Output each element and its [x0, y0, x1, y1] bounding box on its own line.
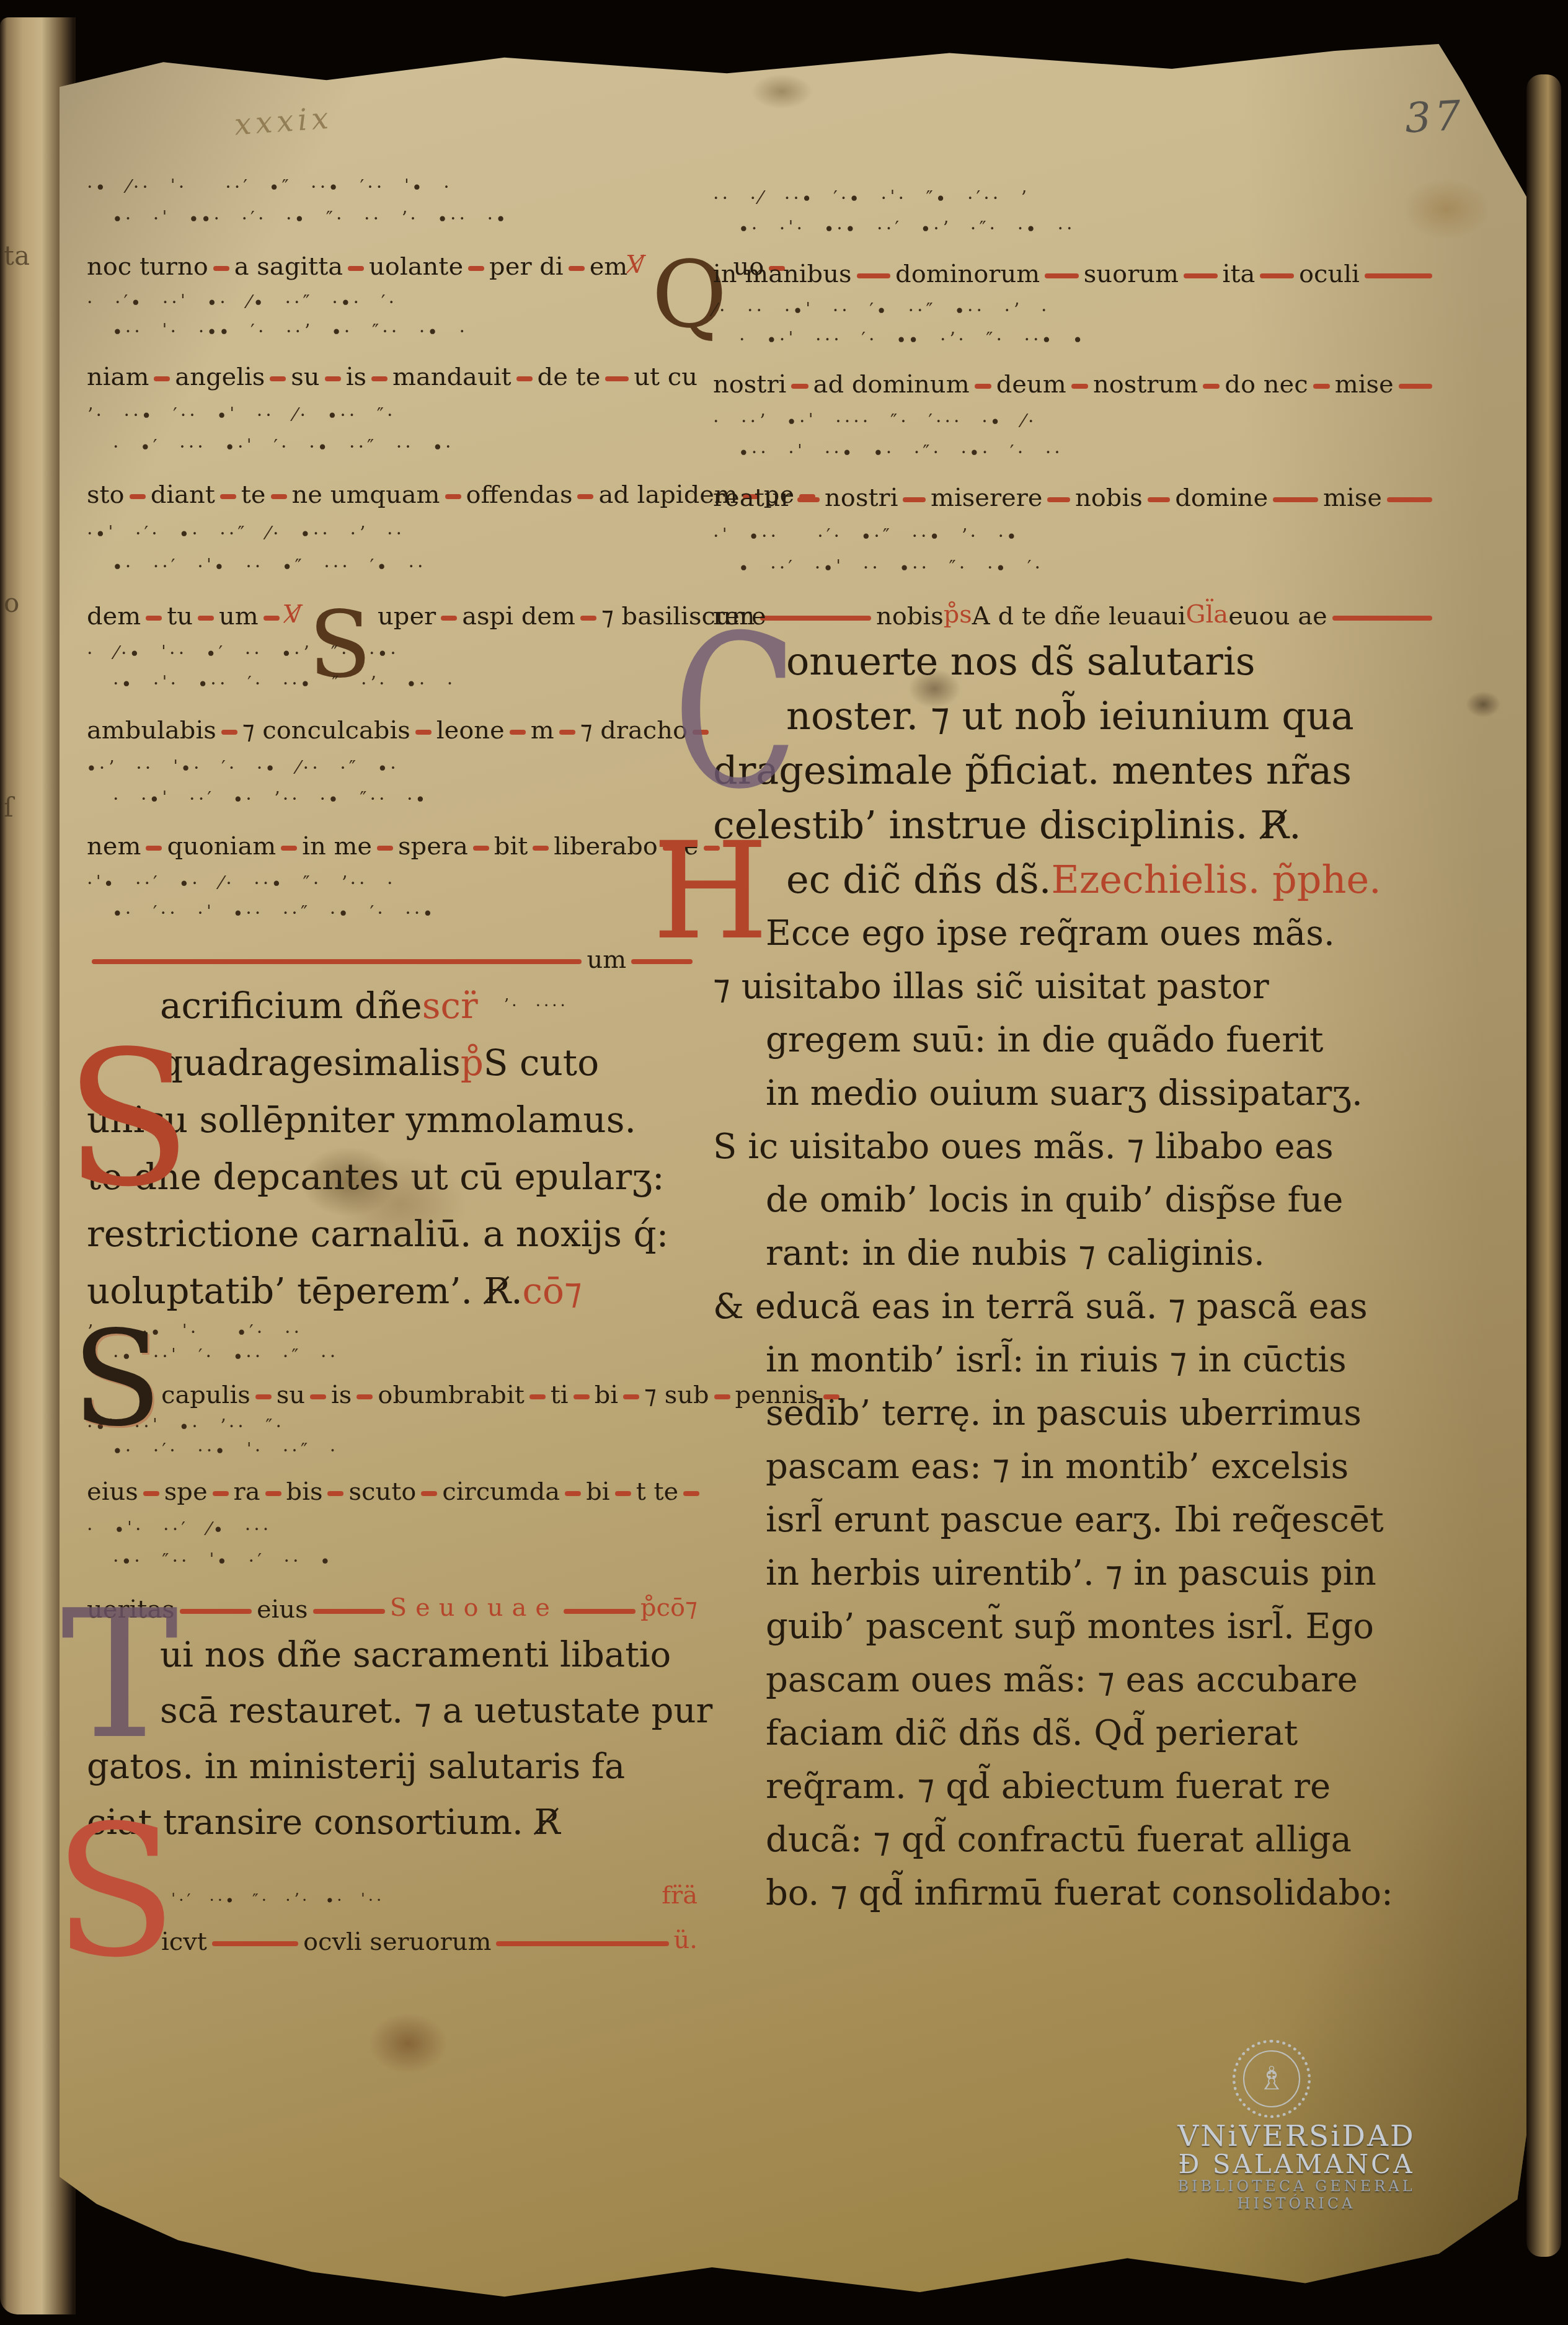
red-extender-line [605, 376, 629, 381]
neume-row: · ∙′ ··· ∙·ˈ ′· ·∙ ··″ ·· ∙· [113, 436, 698, 458]
manuscript-text: uper [378, 604, 436, 629]
manuscript-text: rant: in die nubis ⁊ caliginis. [766, 1233, 1265, 1273]
manuscript-text: S ic uisitabo oues mãs. ⁊ libabo eas [713, 1127, 1334, 1167]
watermark-university-name: VNiVERSiDAD [1132, 2119, 1461, 2153]
manuscript-text: ⁊ uisitabo illas sic̃ uisitat pastor [713, 967, 1269, 1007]
red-extender-line [473, 846, 489, 851]
prose-text-line: ducã: ⁊ qd̃ confractū fuerat alliga [713, 1813, 1437, 1866]
manuscript-text: aspi dem [462, 604, 575, 629]
manuscript-text: ad dominum [813, 372, 970, 397]
red-extender-line [1387, 497, 1432, 502]
manuscript-text: ui nos dñe sacramenti libatio [160, 1635, 671, 1675]
manuscript-text: pascam eas: ⁊ in montib’ excelsis [766, 1446, 1349, 1487]
neume-marks: ˈ·′ ··∙ ″· ·ʼ· ∙· ˈ·· [171, 1891, 652, 1910]
manuscript-text: de te [538, 365, 601, 389]
manuscript-text: ⁊ conculcabis [242, 718, 410, 743]
prose-text-line: Ecce ego ipse req̃ram oues mãs. [713, 906, 1437, 960]
neume-staff: · ⁄·∙ ˈ·· ∙′ ·· ∙·ʼ ″· ·∙··∙ ·ˈ· ∙·· ′· … [87, 634, 698, 703]
red-extender-line [377, 846, 393, 851]
manuscript-text: ita [1223, 262, 1256, 286]
manuscript-text: scā restauret. ⁊ a uetustate pur [160, 1691, 712, 1731]
red-extender-line [565, 1491, 581, 1496]
manuscript-text: in manibus [713, 262, 852, 286]
manuscript-text: su [277, 1383, 305, 1407]
neume-row: · ∙ˈ· ··′ ⁄∙ ··· [87, 1518, 698, 1540]
manuscript-text: ducã: ⁊ qd̃ confractū fuerat alliga [766, 1820, 1352, 1860]
prose-text-line: in montib’ isrl̃: in riuis ⁊ in cūctis [713, 1333, 1437, 1386]
red-extender-line [198, 616, 214, 621]
prose-text-line: pascam oues mãs: ⁊ eas accubare [713, 1653, 1437, 1706]
red-extender-line [180, 1609, 252, 1614]
manuscript-text: guib’ pascent̃ sup̃ montes isrl̃. Ego [766, 1606, 1374, 1647]
prose-text-line: onuerte nos ds̃ salutaris [713, 634, 1437, 688]
prose-text-line: in herbis uirentib’. ⁊ in pascuis pin [713, 1546, 1437, 1600]
chant-text-line: niamangelissuismandauitde teut cu [87, 350, 698, 394]
chant-text-line: noc turnoa sagittauolanteper diemV̸Quo [87, 239, 698, 284]
manuscript-text: faciam dic̃ dñs ds̃. Qd̃ perierat [766, 1713, 1298, 1753]
manuscript-text: nostri [825, 485, 898, 510]
red-extender-line [221, 730, 237, 735]
chant-text-line: nostriad dominumdeumnostrumdo necmise [713, 358, 1437, 402]
red-extender-line [154, 376, 170, 381]
manuscript-text: isrl̃ erunt pascue earʒ. Ibi req̃escēt [766, 1500, 1384, 1540]
neume-staff: ·ˈ∙ ··′ ∙· ⁄· ··∙ ″· ʼ·· ·∙· ′·· ·ˈ ∙·· … [87, 864, 698, 932]
manuscript-text: te [241, 482, 266, 507]
neume-staff: ⁄· ·· ·∙ˈ ·· ′∙ ··″ ∙·· ·ʼ ·· ∙·ˈ ··· ′·… [713, 291, 1437, 358]
manuscript-text: domine [1175, 485, 1268, 510]
neume-row: ʼ· ··∙ ′·· ∙ˈ ·· ⁄· ∙·· ″· [87, 404, 698, 426]
red-extender-line [271, 494, 287, 499]
red-extender-line [255, 1394, 272, 1399]
red-extender-line [92, 959, 582, 964]
neume-row: ∙ ··′ ·∙ˈ ·· ∙·· ″· ·∙ ′· [739, 557, 1437, 578]
chant-text-line: eiussperabisscutocircumdabit te [87, 1464, 698, 1509]
red-extender-line [496, 1941, 668, 1946]
red-extender-line [270, 376, 286, 381]
neume-row: ∙· ·ˈ ∙∙· ·′· ·∙ ″· ·· ʼ· ∙·· ·∙ [113, 208, 698, 229]
prose-text-line: gregem suū: in die quãdo fuerit [713, 1013, 1437, 1066]
manuscript-text: pascam oues mãs: ⁊ eas accubare [766, 1660, 1358, 1700]
red-extender-line [797, 497, 820, 502]
manuscript-text: liberabo [554, 834, 658, 859]
red-extender-line [1071, 384, 1088, 389]
neume-row: ·∙· ″·· ˈ∙ ·′ ·· ∙ [113, 1550, 698, 1572]
red-extender-line [1332, 616, 1432, 621]
rubric-text: V̸ [627, 250, 645, 279]
manuscript-text: capulis [161, 1383, 250, 1407]
neume-row: ∙·· ·ˈ ··∙ ∙· ·″· ·∙· ′· ·· [739, 441, 1437, 463]
red-extender-line [445, 494, 461, 499]
red-extender-line [146, 616, 162, 621]
red-extender-line [468, 266, 484, 271]
manuscript-text: noc turno [87, 254, 208, 279]
gutter-text-scrap: ſ [4, 792, 14, 823]
prose-text-line: de omib’ locis in quib’ disp̃se fue [713, 1173, 1437, 1226]
prose-text-line: in medio ouium suarʒ dissipatarʒ. [713, 1066, 1437, 1120]
prose-text-line: req̃ram. ⁊ qd̃ abiectum fuerat re [713, 1760, 1437, 1813]
prose-text-line: bo. ⁊ qd̃ infirmū fuerat consolidabo: [713, 1866, 1437, 1920]
red-extender-line [623, 1394, 639, 1399]
manuscript-text: t te [636, 1479, 679, 1504]
rubric-text: Seuouae [390, 1593, 559, 1622]
rubric-text: p̊cō⁊ [640, 1593, 698, 1622]
prose-text-line: & educã eas in terrã suã. ⁊ pascã eas [713, 1280, 1437, 1333]
red-extender-line [529, 1394, 546, 1399]
prose-text-line: pascam eas: ⁊ in montib’ excelsis [713, 1440, 1437, 1493]
manuscript-text: is [331, 1383, 352, 1407]
manuscript-text: ut cu [634, 365, 698, 389]
red-extender-line [415, 730, 432, 735]
red-extender-line [146, 846, 162, 851]
neume-row: ⁄· ·· ·∙ˈ ·· ′∙ ··″ ∙·· ·ʼ · [713, 299, 1437, 321]
red-extender-line [1399, 384, 1432, 389]
manuscript-text: dominorum [895, 262, 1040, 286]
manuscript-text: quoniam [167, 834, 276, 859]
neume-row: ·∙ ⁄·· ˈ· ··′ ∙″ ··∙ ′·· ˈ∙ · [87, 176, 698, 198]
manuscript-text: spera [398, 834, 468, 859]
manuscript-text: deum [996, 372, 1066, 397]
manuscript-text: dem [87, 604, 141, 629]
red-extender-line [1260, 273, 1294, 278]
red-extender-line [213, 266, 229, 271]
manuscript-text: acrificium dñe [160, 985, 422, 1027]
manuscript-text: m [531, 718, 554, 743]
manuscript-text: nem [87, 834, 141, 859]
red-extender-line [264, 616, 280, 621]
manuscript-text: per di [489, 254, 564, 279]
manuscript-text: quadragesimalis [160, 1042, 461, 1084]
red-extender-line [1148, 497, 1171, 502]
red-extender-line [441, 616, 457, 621]
chant-text-line: demtuumV̸Superaspi dem⁊ basiliscum [87, 588, 698, 634]
chant-text-line: icvtocvli seruorumü. [87, 1915, 698, 1959]
gutter-text-scrap: o [4, 588, 19, 618]
manuscript-text: ⁊ sub [644, 1383, 709, 1407]
red-extender-line [580, 616, 596, 621]
red-extender-line [212, 1941, 298, 1946]
neume-staff: ∙·ʼ ·· ˈ∙· ′· ·∙ ⁄·· ·″ ∙·· ·∙ˈ ··′ ∙· ʼ… [87, 748, 698, 819]
illuminated-initial-s-sicut: S [53, 1801, 177, 1982]
neume-row: ∙·ʼ ·· ˈ∙· ′· ·∙ ⁄·· ·″ ∙· [87, 757, 698, 779]
prose-text-line: ⁊ uisitabo illas sic̃ uisitat pastor [713, 960, 1437, 1013]
illuminated-initial-t-tui: T [61, 1587, 179, 1764]
manuscript-text: leone [436, 718, 505, 743]
chant-text-line: nemquoniamin mesperabitliberaboe [87, 819, 698, 864]
manuscript-text: Ecce ego ipse req̃ram oues mãs. [766, 913, 1335, 954]
neume-staff: ʼ··· ·∙ ˈ· ∙′· ···∙ ··ˈ ′· ∙·· ·″ ·· [87, 1319, 698, 1369]
neume-row: ∙· ·ˈ· ∙·∙ ··′ ∙·ʼ ·″· ·∙ ·· [739, 218, 1437, 239]
red-extender-line [559, 730, 575, 735]
neume-row: ·ˈ∙ ··′ ∙· ⁄· ··∙ ″· ʼ·· · [87, 872, 698, 894]
chant-text-line: capulissuisobumbrabittibi⁊ subpennis [87, 1369, 698, 1412]
manuscript-text: ne umquam [292, 482, 440, 507]
manuscript-text: bi [595, 1383, 618, 1407]
manuscript-text: in me [302, 834, 372, 859]
manuscript-text: su [291, 365, 319, 389]
manuscript-text: ⁊ dracho [580, 718, 688, 743]
chant-text-line: um [87, 932, 698, 977]
manuscript-text: circumda [442, 1479, 560, 1504]
manuscript-text: reatur [713, 485, 792, 510]
red-extender-line [516, 376, 533, 381]
red-extender-line [533, 846, 549, 851]
manuscript-text: bo. ⁊ qd̃ infirmū fuerat consolidabo: [766, 1873, 1393, 1913]
manuscript-text: scuto [348, 1479, 416, 1504]
rubric-text: V̸ [285, 600, 303, 629]
prose-text-line: noster. ⁊ ut nob̃ ieiunium qua [713, 688, 1437, 743]
neume-row: ʼ··· ·∙ ˈ· ∙′· ·· [87, 1321, 698, 1343]
manuscript-text: sedib’ terrę. in pascuis uberrimus [766, 1393, 1362, 1433]
neume-staff: · ∙ˈ· ··′ ⁄∙ ····∙· ″·· ˈ∙ ·′ ·· ∙ [87, 1509, 698, 1581]
manuscript-text: in herbis uirentib’. ⁊ in pascuis pin [766, 1553, 1376, 1593]
manuscript-text: mise [1323, 485, 1382, 510]
red-extender-line [1045, 273, 1079, 278]
manuscript-text: ec dic̃ dñs ds̃. [786, 857, 1051, 902]
folio-page-number: 37 [1404, 92, 1466, 143]
prose-text-line: rant: in die nubis ⁊ caliginis. [713, 1226, 1437, 1280]
red-extender-line [348, 266, 364, 271]
manuscript-text: S cuto [484, 1042, 599, 1084]
neume-row: ·∙ˈ ·′· ∙· ··″ ⁄· ∙·· ·ʼ ·· [87, 523, 698, 544]
prose-text-line: sedib’ terrę. in pascuis uberrimus [713, 1386, 1437, 1440]
prose-text-line: dragesimale p̃ficiat. mentes nr̃as [713, 743, 1437, 797]
neume-row: ·∙ ·ˈ· ∙·· ′· ··∙ ″ ·ʼ· ∙· · [113, 673, 698, 694]
prose-text-line: faciam dic̃ dñs ds̃. Qd̃ perierat [713, 1706, 1437, 1760]
red-extender-line [313, 1609, 385, 1614]
neume-row: · ·′∙ ··ˈ ∙· ⁄∙ ··″ ·∙· ′· [87, 291, 698, 313]
manuscript-text: um [219, 604, 259, 629]
red-extender-line [1203, 384, 1220, 389]
manuscript-text: eius [257, 1597, 308, 1622]
rubric-text: Ezechielis. p̃phe. [1051, 857, 1381, 902]
seal-emblem-icon: ♗ [1243, 2050, 1300, 2107]
rubric-text: cō⁊ [523, 1270, 582, 1312]
red-extender-line [265, 1491, 281, 1496]
prose-text-line: celestib’ instrue disciplinis. R̸. [713, 797, 1437, 852]
manuscript-text: celestib’ instrue disciplinis. R̸. [713, 802, 1301, 848]
manuscript-text: nobis [1075, 485, 1143, 510]
neume-staff: ·∙ˈ ·′· ∙· ··″ ⁄· ∙·· ·ʼ ··∙· ··′ ·ˈ∙ ··… [87, 512, 698, 588]
red-extender-line [564, 1609, 636, 1614]
manuscript-text: nostri [713, 372, 786, 397]
rubric-text: p̊s [944, 600, 972, 629]
manuscript-text: ambulabis [87, 718, 216, 743]
manuscript-text: em [590, 254, 628, 279]
manuscript-text: bis [286, 1479, 323, 1504]
manuscript-photo: ta o ſ xxxix 37 ·∙ ⁄·· ˈ· ··′ ∙″ ··∙ ′··… [0, 0, 1568, 2325]
red-extender-line [569, 266, 585, 271]
red-extender-line [327, 1491, 343, 1496]
manuscript-text: req̃ram. ⁊ qd̃ abiectum fuerat re [766, 1766, 1331, 1807]
red-extender-line [903, 497, 926, 502]
neume-staff: ·∙ ⁄·· ˈ· ··′ ∙″ ··∙ ′·· ˈ∙ ·∙· ·ˈ ∙∙· ·… [87, 166, 698, 239]
prose-text-line: ec dic̃ dñs ds̃. Ezechielis. p̃phe. [713, 852, 1437, 906]
manuscript-text: in montib’ isrl̃: in riuis ⁊ in cūctis [766, 1340, 1347, 1380]
manuscript-text: do nec [1225, 372, 1308, 397]
manuscript-text: bi [586, 1479, 609, 1504]
manuscript-text: dragesimale p̃ficiat. mentes nr̃as [713, 748, 1352, 793]
right-text-column: ·· ·⁄ ··∙ ′·∙ ·ˈ· ″∙ ·′·· ʼ∙· ·ˈ· ∙·∙ ··… [713, 179, 1437, 1920]
prose-text-line: guib’ pascent̃ sup̃ montes isrl̃. Ego [713, 1600, 1437, 1653]
manuscript-text: A d te dñe leuaui [972, 604, 1186, 629]
manuscript-text: & educã eas in terrã suã. ⁊ pascã eas [713, 1286, 1368, 1327]
manuscript-text: a sagitta [234, 254, 343, 279]
neume-row: · ∙·ˈ ··· ′· ∙∙ ·ʼ· ″· ··∙ ∙ [739, 329, 1437, 350]
red-extender-line [357, 1394, 373, 1399]
illuminated-initial-c-conuerte: C [673, 608, 799, 818]
manuscript-text: mandauit [392, 365, 512, 389]
illuminated-initial-s-sacrificium: S [64, 1027, 192, 1213]
manuscript-text: oculi [1299, 262, 1360, 286]
folio-roman-numeral: xxxix [233, 101, 334, 143]
red-extender-line [574, 1394, 590, 1399]
manuscript-text: mise [1335, 372, 1394, 397]
red-extender-line [310, 1394, 326, 1399]
red-extender-line [1047, 497, 1070, 502]
red-extender-line [577, 494, 593, 499]
neume-staff: ·· ·⁄ ··∙ ′·∙ ·ˈ· ″∙ ·′·· ʼ∙· ·ˈ· ∙·∙ ··… [713, 179, 1437, 248]
neume-row: ·· ·⁄ ··∙ ′·∙ ·ˈ· ″∙ ·′·· ʼ [713, 187, 1437, 209]
red-extender-line [1184, 273, 1218, 278]
manuscript-text: nobis [876, 604, 944, 629]
illuminated-initial-s-scapulis: S [72, 1313, 162, 1445]
illuminated-initial-h-hec: H [652, 825, 769, 958]
neume-row: · ··ʼ ∙·ˈ ···· ″· ′··· ·∙ ⁄· [713, 410, 1437, 432]
neume-row: · ⁄·∙ ˈ·· ∙′ ·· ∙·ʼ ″· ·∙· [87, 642, 698, 664]
manuscript-text: in medio ouium suarʒ dissipatarʒ. [766, 1073, 1363, 1114]
prose-text-line: S ic uisitabo oues mãs. ⁊ libabo eas [713, 1120, 1437, 1173]
manuscript-text: obumbrabit [378, 1383, 524, 1407]
rubric-text: ü. [674, 1926, 698, 1954]
rubric-text: fr̈ä [662, 1881, 698, 1910]
prose-text-line: uoluptatib’ tēperem’. R̸. cō⁊ [87, 1262, 698, 1319]
red-extender-line [1273, 497, 1318, 502]
university-seal-watermark: ♗ [1233, 2040, 1311, 2118]
manuscript-text: offendas [466, 482, 573, 507]
red-extender-line [371, 376, 388, 381]
watermark-university-name-2: Ð SALAMANCA [1132, 2149, 1461, 2179]
manuscript-text: gregem suū: in die quãdo fuerit [766, 1020, 1323, 1060]
manuscript-text: eius [87, 1479, 138, 1504]
red-extender-line [213, 1491, 229, 1496]
red-extender-line [975, 384, 991, 389]
chant-text-line: reaturnostrimisererenobisdominemise [713, 472, 1437, 515]
manuscript-text: um [587, 947, 626, 972]
chant-text-line: ˈ·′ ··∙ ″· ·ʼ· ∙· ˈ··fr̈ä [87, 1850, 698, 1915]
red-extender-line [683, 1491, 699, 1496]
manuscript-text: de omib’ locis in quib’ disp̃se fue [766, 1180, 1343, 1220]
chant-text-line: stodianttene umquamoffendasad lapidempe [87, 467, 698, 512]
rubric-text: p̊ [461, 1042, 484, 1084]
red-extender-line [421, 1491, 437, 1496]
prose-text-line: isrl̃ erunt pascue earʒ. Ibi req̃escēt [713, 1493, 1437, 1546]
manuscript-text: spe [164, 1479, 208, 1504]
manuscript-text: ti [551, 1383, 569, 1407]
manuscript-text: onuerte nos ds̃ salutaris [786, 639, 1256, 684]
manuscript-text: nostrum [1093, 372, 1198, 397]
neume-marks: ʼ· ···· [488, 996, 688, 1015]
neume-staff: · ··ʼ ∙·ˈ ···· ″· ′··· ·∙ ⁄·∙·· ·ˈ ··∙ ∙… [713, 402, 1437, 472]
neume-staff: ·ˈ ∙·· ·′· ∙·″ ··∙ ʼ· ·∙∙ ··′ ·∙ˈ ·· ∙··… [713, 515, 1437, 588]
red-extender-line [1313, 384, 1330, 389]
page-edge-sliver [1526, 74, 1561, 2257]
rubric-text: Gl̈a [1186, 600, 1229, 629]
watermark-library-name: BIBLIOTECA GENERAL HISTÓRICA [1132, 2177, 1461, 2212]
gutter-text-scrap: ta [4, 241, 30, 271]
red-extender-line [857, 273, 891, 278]
manuscript-text: tu [167, 604, 193, 629]
manuscript-text: euou ae [1228, 604, 1327, 629]
red-extender-line [220, 494, 236, 499]
red-extender-line [130, 494, 146, 499]
red-extender-line [325, 376, 341, 381]
red-extender-line [281, 846, 297, 851]
manuscript-text: angelis [175, 365, 265, 389]
neume-row: ·∙′ ··ˈ ∙· ʼ·· ″· [87, 1415, 698, 1437]
manuscript-text: uolante [369, 254, 463, 279]
neume-row: ·ˈ ∙·· ·′· ∙·″ ··∙ ʼ· ·∙ [713, 525, 1437, 547]
manuscript-text: diant [151, 482, 215, 507]
neume-row: ∙·· ˈ· ·∙∙ ′· ··ʼ ∙· ″·· ·∙ · [113, 321, 698, 342]
neume-staff: ʼ· ··∙ ′·· ∙ˈ ·· ⁄· ∙·· ″·· ∙′ ··· ∙·ˈ ′… [87, 394, 698, 467]
chant-text-line: ambulabis⁊ conculcabisleonem⁊ dracho [87, 703, 698, 748]
red-extender-line [615, 1491, 631, 1496]
manuscript-text: is [346, 365, 366, 389]
manuscript-text: sto [87, 482, 125, 507]
neume-row: · ·∙ˈ ··′ ∙· ʼ·· ·∙ ″·· ·∙ [113, 788, 698, 810]
rubric-text: scr̈ [422, 985, 478, 1027]
manuscript-text: niam [87, 365, 149, 389]
neume-row: ∙· ·′· ··∙ ˈ· ··″ · [113, 1440, 698, 1461]
chant-text-line: rerenobisp̊sA d te dñe leuauiGl̈aeuou ae [713, 588, 1437, 634]
chant-text-line: in manibusdominorumsuorumitaoculi [713, 248, 1437, 291]
neume-row: ∙· ··′ ·ˈ∙ ·· ∙″ ··· ′∙ ·· [113, 556, 698, 577]
red-extender-line [143, 1491, 159, 1496]
neume-row: ·∙ ··ˈ ′· ∙·· ·″ ·· [113, 1345, 698, 1367]
manuscript-text: noster. ⁊ ut nob̃ ieiunium qua [786, 693, 1354, 738]
manuscript-text: bit [494, 834, 528, 859]
red-extender-line [791, 384, 808, 389]
red-extender-line [1365, 273, 1432, 278]
manuscript-text: ocvli seruorum [303, 1929, 491, 1954]
neume-staff: · ·′∙ ··ˈ ∙· ⁄∙ ··″ ·∙· ′·∙·· ˈ· ·∙∙ ′· … [87, 284, 698, 350]
prose-text-line: ciat transire consortium. R̸ [87, 1794, 698, 1850]
manuscript-text: suorum [1084, 262, 1179, 286]
red-extender-line [510, 730, 526, 735]
neume-row: ∙· ′·· ·ˈ ∙·· ··″ ·∙ ′· ··∙ [113, 902, 698, 924]
neume-staff: ·∙′ ··ˈ ∙· ʼ·· ″·∙· ·′· ··∙ ˈ· ··″ · [87, 1412, 698, 1464]
manuscript-text: ra [234, 1479, 260, 1504]
manuscript-text: miserere [931, 485, 1043, 510]
